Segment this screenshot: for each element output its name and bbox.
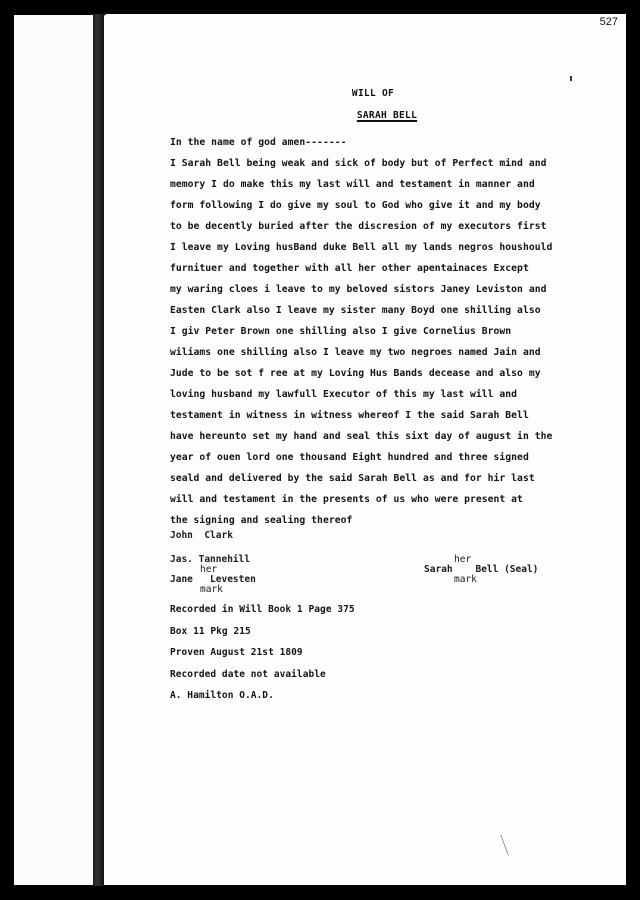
will-body: In the name of god amen------- I Sarah B… — [170, 132, 610, 531]
record-line: Box 11 Pkg 215 — [170, 621, 355, 643]
record-line: Recorded date not available — [170, 664, 355, 686]
body-line: testament in witness in witness whereof … — [170, 405, 610, 426]
record-line: Proven August 21st 1809 — [170, 642, 355, 664]
testator-name-heading: SARAH BELL — [357, 110, 417, 121]
left-page-strip — [14, 15, 93, 885]
body-line: I giv Peter Brown one shilling also I gi… — [170, 321, 610, 342]
body-line: I leave my Loving husBand duke Bell all … — [170, 237, 610, 258]
body-line: will and testament in the presents of us… — [170, 489, 610, 510]
document-title: WILL OF — [112, 88, 634, 99]
record-line: Recorded in Will Book 1 Page 375 — [170, 599, 355, 621]
scan-mark — [570, 76, 572, 81]
record-line: A. Hamilton O.A.D. — [170, 685, 355, 707]
body-line: loving husband my lawfull Executor of th… — [170, 384, 610, 405]
body-line: to be decently buried after the discresi… — [170, 216, 610, 237]
body-line: year of ouen lord one thousand Eight hun… — [170, 447, 610, 468]
body-line: wiliams one shilling also I leave my two… — [170, 342, 610, 363]
body-line: form following I do give my soul to God … — [170, 195, 610, 216]
body-line: memory I do make this my last will and t… — [170, 174, 610, 195]
recording-notes: Recorded in Will Book 1 Page 375 Box 11 … — [170, 599, 355, 707]
body-line: In the name of god amen------- — [170, 132, 610, 153]
body-line: my waring cloes i leave to my beloved si… — [170, 279, 610, 300]
body-line: I Sarah Bell being weak and sick of body… — [170, 153, 610, 174]
testator-signature: Sarah Bell (Seal) — [424, 565, 538, 575]
page-number: 527 — [600, 16, 618, 28]
body-line: have hereunto set my hand and seal this … — [170, 426, 610, 447]
body-line: the signing and sealing thereof — [170, 510, 610, 531]
body-line: furnituer and together with all her othe… — [170, 258, 610, 279]
document-page: 527 WILL OF SARAH BELL In the name of go… — [104, 14, 626, 885]
scan-mark — [500, 834, 508, 855]
book-gutter — [93, 14, 104, 886]
body-line: Easten Clark also I leave my sister many… — [170, 300, 610, 321]
testator-mark-label: mark — [454, 575, 477, 585]
body-line: Jude to be sot f ree at my Loving Hus Ba… — [170, 363, 610, 384]
witness-mark-label: mark — [200, 585, 223, 595]
witness-john-clark: John Clark — [170, 531, 233, 541]
document-subtitle: SARAH BELL — [126, 110, 640, 121]
body-line: seald and delivered by the said Sarah Be… — [170, 468, 610, 489]
